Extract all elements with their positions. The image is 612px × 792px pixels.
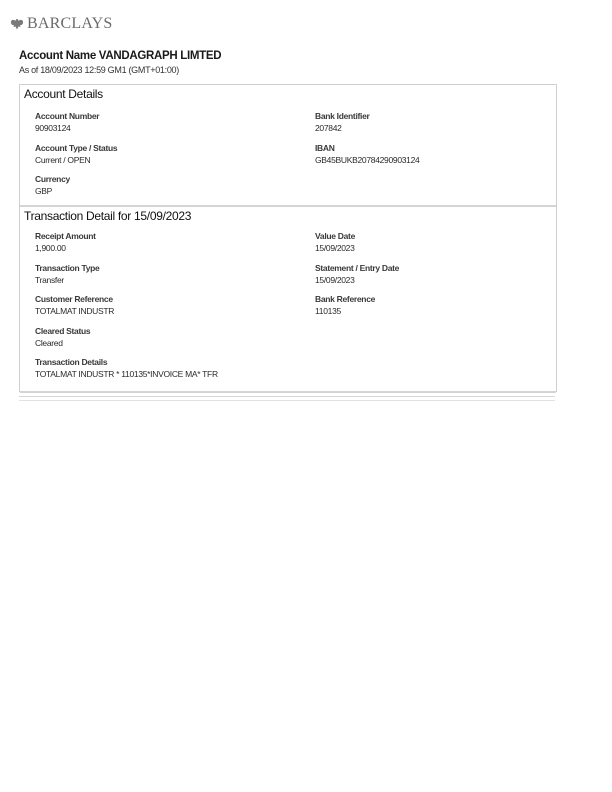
field-value: Cleared (35, 337, 90, 349)
field-label: Customer Reference (35, 294, 114, 305)
field-label: Bank Reference (315, 294, 375, 305)
field-label: Transaction Type (35, 263, 99, 274)
as-of-timestamp: As of 18/09/2023 12:59 GM1 (GMT+01:00) (19, 65, 179, 75)
field-label: Value Date (315, 231, 355, 242)
field-label: Transaction Details (35, 357, 218, 368)
field-value: 15/09/2023 (315, 242, 355, 254)
field-value: 90903124 (35, 122, 99, 134)
eagle-icon (10, 17, 24, 31)
account-name-title: Account Name VANDAGRAPH LIMTED (19, 50, 221, 62)
transaction-detail-heading: Transaction Detail for 15/09/2023 (24, 209, 191, 223)
bank-reference-field: Bank Reference 110135 (315, 294, 375, 317)
details-container: Account Details Account Number 90903124 … (19, 84, 557, 392)
field-label: Statement / Entry Date (315, 263, 399, 274)
field-value: TOTALMAT INDUSTR (35, 305, 114, 317)
field-value: 15/09/2023 (315, 274, 399, 286)
account-number-field: Account Number 90903124 (35, 111, 99, 134)
transaction-detail-section: Transaction Detail for 15/09/2023 Receip… (20, 207, 556, 393)
field-value: TOTALMAT INDUSTR * 110135*INVOICE MA* TF… (35, 368, 218, 380)
field-value: GBP (35, 185, 70, 197)
transaction-type-field: Transaction Type Transfer (35, 263, 99, 286)
cleared-status-field: Cleared Status Cleared (35, 326, 90, 349)
receipt-amount-field: Receipt Amount 1,900.00 (35, 231, 96, 254)
statement-entry-date-field: Statement / Entry Date 15/09/2023 (315, 263, 399, 286)
barclays-logo: BARCLAYS (10, 15, 112, 33)
account-type-status-field: Account Type / Status Current / OPEN (35, 143, 117, 166)
value-date-field: Value Date 15/09/2023 (315, 231, 355, 254)
account-details-heading: Account Details (24, 87, 103, 101)
transaction-details-field: Transaction Details TOTALMAT INDUSTR * 1… (35, 357, 218, 380)
footer-divider (19, 396, 555, 401)
bank-identifier-field: Bank Identifier 207842 (315, 111, 370, 134)
field-label: Account Number (35, 111, 99, 122)
field-label: Bank Identifier (315, 111, 370, 122)
field-value: 207842 (315, 122, 370, 134)
field-value: Transfer (35, 274, 99, 286)
field-label: Cleared Status (35, 326, 90, 337)
field-label: Currency (35, 174, 70, 185)
field-label: IBAN (315, 143, 419, 154)
brand-name: BARCLAYS (27, 15, 112, 33)
field-value: 110135 (315, 305, 375, 317)
field-value: 1,900.00 (35, 242, 96, 254)
field-value: Current / OPEN (35, 154, 117, 166)
field-label: Account Type / Status (35, 143, 117, 154)
iban-field: IBAN GB45BUKB20784290903124 (315, 143, 419, 166)
field-label: Receipt Amount (35, 231, 96, 242)
account-details-section: Account Details Account Number 90903124 … (20, 85, 556, 207)
field-value: GB45BUKB20784290903124 (315, 154, 419, 166)
currency-field: Currency GBP (35, 174, 70, 197)
customer-reference-field: Customer Reference TOTALMAT INDUSTR (35, 294, 114, 317)
